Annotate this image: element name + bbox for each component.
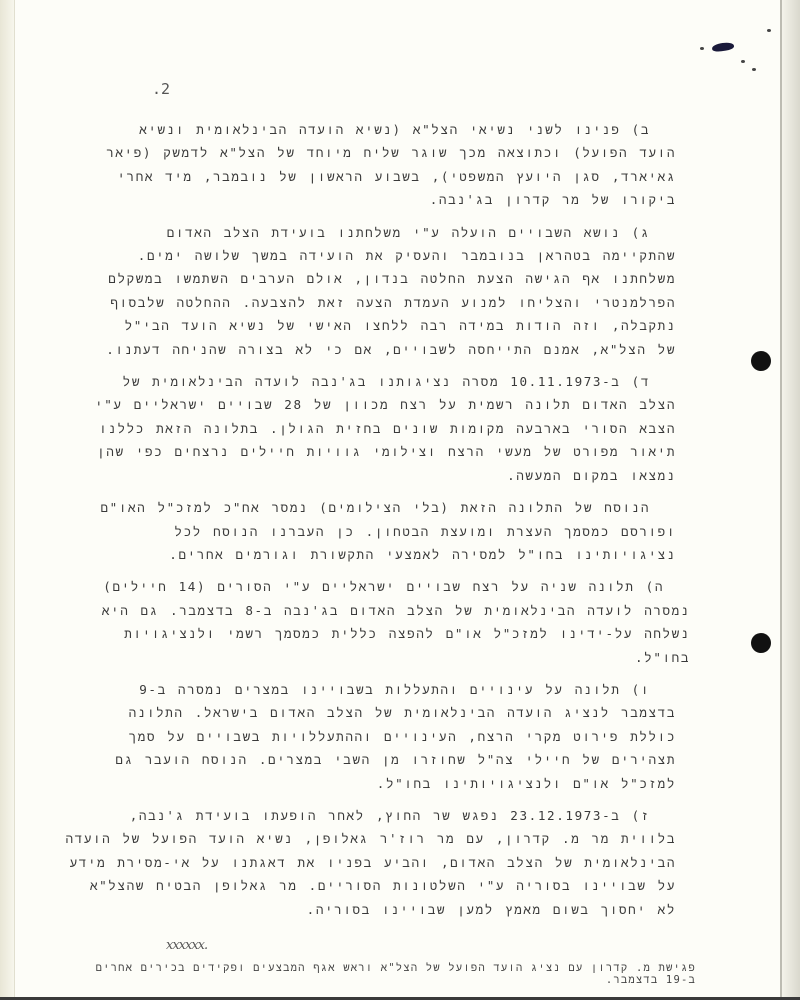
text-line: של הצל"א, אמנם התייחסה לשבויים, אם כי לא… [120,338,676,361]
text-line: נציגויותינו בחו"ל למסירה לאמצעי התקשורת … [120,543,676,566]
text-line: נתקבלה, וזה הודות במידה רבה ללחצו האישי … [120,314,676,337]
punch-hole-upper [751,351,771,371]
signature-mark: xxxxxx. [166,938,207,953]
text-line: בחו"ל. [120,646,690,669]
text-line: תיאור מפורט של מעשי הרצח וצילומי גוויות … [120,440,676,463]
footnote-line: ב-19 בדצמבר. [100,974,696,986]
text-line: נמסרה לועדה הבינלאומית של הצלב האדום בג'… [120,599,690,622]
text-line: גאיארד, סגן היועץ המשפטי), בשבוע הראשון … [120,165,676,188]
footnote: פגישת מ. קדרון עם נציג הועד הפועל של הצל… [100,962,696,986]
text-line: נשלחה על-ידינו למזכ"ל או"ם להפצה כללית כ… [120,622,690,645]
text-line: למזכ"ל או"ם ולנציגויותינו בחו"ל. [120,772,676,795]
text-line: הפרלמנטרי והצליחו למנוע העמדת הצעה זאת ל… [120,291,676,314]
ink-dot [741,60,745,63]
ink-blot-mark [712,42,735,53]
footnote-line: פגישת מ. קדרון עם נציג הועד הפועל של הצל… [100,962,696,974]
text-line: בלווית מר מ. קדרון, עם מר רוז'ר גאלופן, … [120,827,676,850]
paragraph-d: ד) ב-10.11.1973 מסרה נציגותנו בג'נבה לוע… [120,370,676,487]
text-line: ה) תלונה שניה על רצח שבויים ישראליים ע"י… [120,575,690,598]
text-line: הנוסח של התלונה הזאת (בלי הצילומים) נמסר… [120,496,676,519]
paragraph-g: ג) נושא השבויים הועלה ע"י משלחתנו בועידת… [120,221,676,361]
text-line: הועד הפועל) וכתוצאה מכך שוגר שליח מיוחד … [120,141,676,164]
text-line: ופורסם כמסמך העצרת ומועצת הבטחון. כן העב… [120,520,676,543]
text-line: בדצמבר לנציג הועדה הבינלאומית של הצלב הא… [120,701,676,724]
paragraph-z: ז) ב-23.12.1973 נפגש שר החוץ, לאחר הופעת… [120,804,676,921]
text-line: ו) תלונה על עינויים והתעללות בשבויינו במ… [120,678,676,701]
text-line: שהתקיימה בטהראן בנובמבר והעסיק את הועידה… [120,244,676,267]
ink-dot [700,47,704,50]
page-right-edge [780,0,800,997]
paragraph-h: ה) תלונה שניה על רצח שבויים ישראליים ע"י… [120,575,690,669]
page-number: .2 [152,80,170,98]
paragraph-b: ב) פנינו לשני נשיאי הצל"א (נשיא הועדה הב… [120,118,676,212]
text-line: ד) ב-10.11.1973 מסרה נציגותנו בג'נבה לוע… [120,370,676,393]
text-line: נמצאו במקום המעשה. [120,464,676,487]
text-line: ג) נושא השבויים הועלה ע"י משלחתנו בועידת… [120,221,676,244]
text-line: על שבויינו בסוריה ע"י השלטונות הסוריים. … [120,874,676,897]
paragraph-d-continued: הנוסח של התלונה הזאת (בלי הצילומים) נמסר… [120,496,676,566]
text-line: ז) ב-23.12.1973 נפגש שר החוץ, לאחר הופעת… [120,804,676,827]
text-line: הצבא הסורי בארבעה מקומות שונים בחזית הגו… [120,417,676,440]
text-line: הצלב האדום תלונה רשמית על רצח מכוון של 2… [120,393,676,416]
text-line: ב) פנינו לשני נשיאי הצל"א (נשיא הועדה הב… [120,118,676,141]
text-line: משלחתנו אף הגישה הצעת החלטה בנדון, אולם … [120,267,676,290]
text-line: הבינלאומית של הצלב האדום, והביע בפניו את… [120,851,676,874]
text-line: תצהירים של חיילי צה"ל שחוזרו מן השבי במצ… [120,748,676,771]
page-left-edge [0,0,15,997]
ink-dot [752,68,756,71]
ink-dot [767,29,771,32]
document-body: ב) פנינו לשני נשיאי הצל"א (נשיא הועדה הב… [120,118,676,930]
text-line: לא יחסוך בשום מאמץ למען שבויינו בסוריה. [120,898,676,921]
punch-hole-lower [751,633,771,653]
paragraph-v: ו) תלונה על עינויים והתעללות בשבויינו במ… [120,678,676,795]
text-line: ביקורו של מר קדרון בג'נבה. [120,188,676,211]
document-page: .2 ב) פנינו לשני נשיאי הצל"א (נשיא הועדה… [0,0,800,1000]
text-line: כוללת פירוט מקרי הרצח, העינויים וההתעללו… [120,725,676,748]
